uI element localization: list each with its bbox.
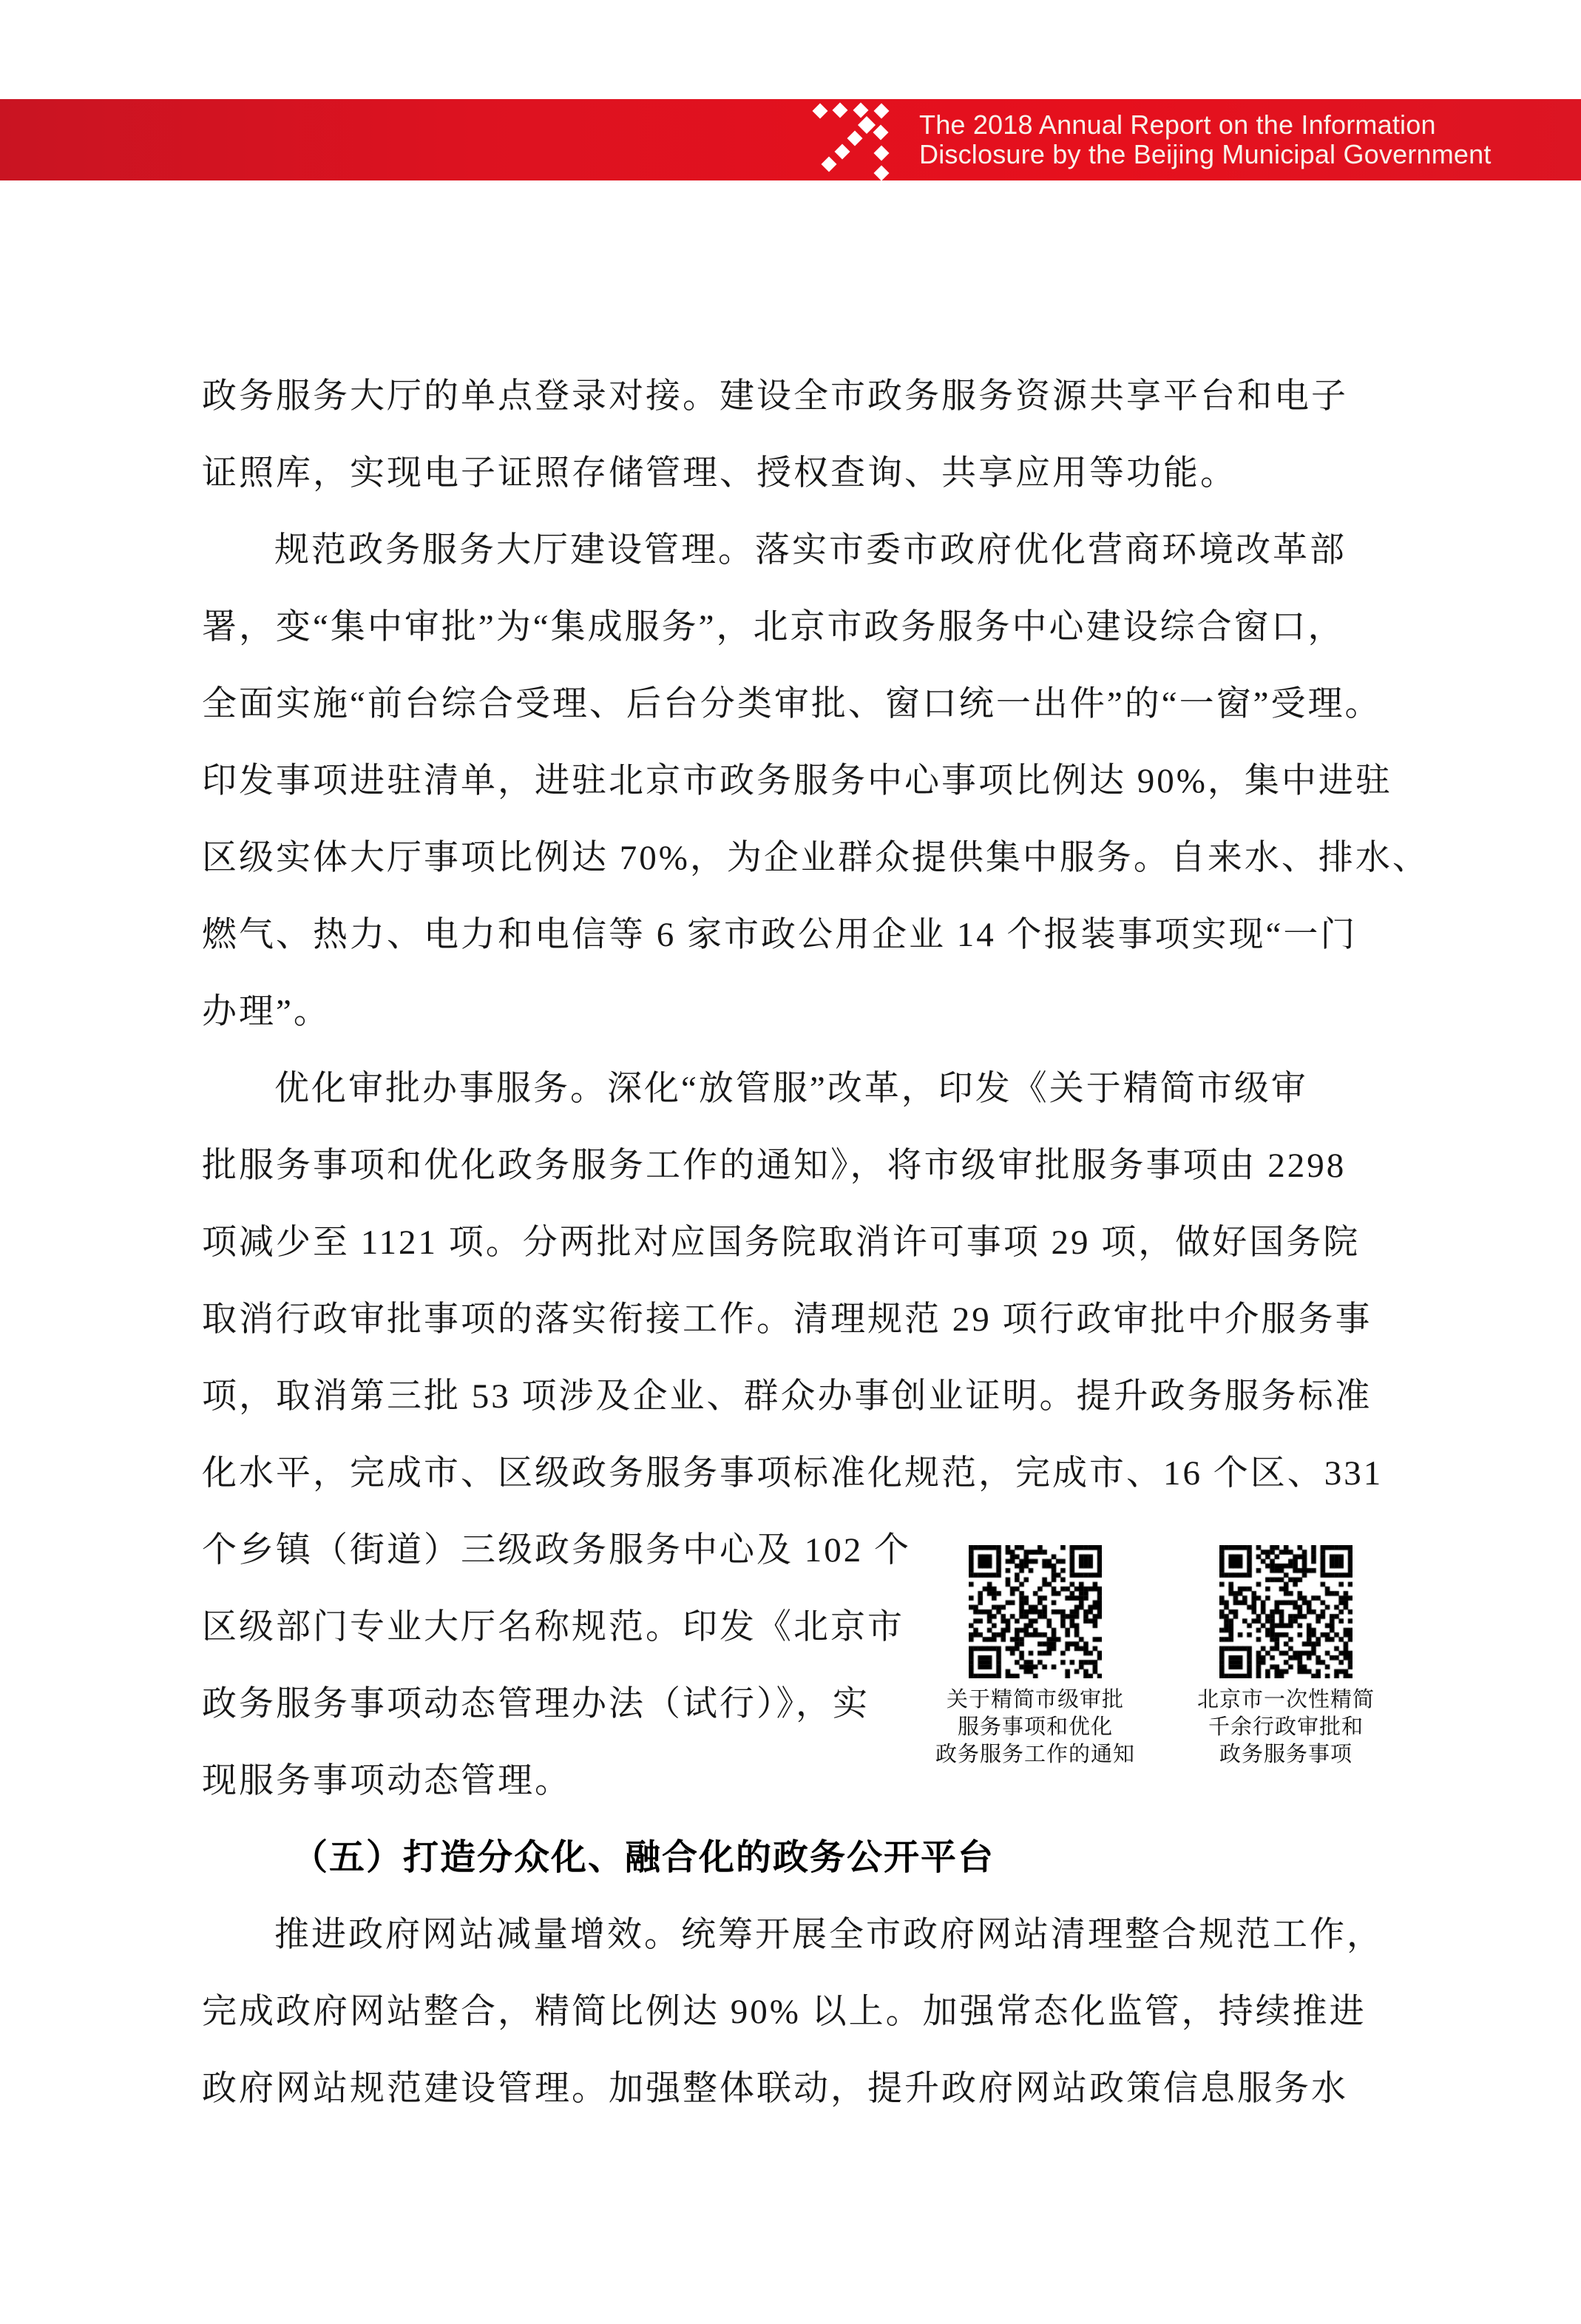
body-line: 政府网站规范建设管理。加强整体联动，提升政府网站政策信息服务水: [202, 2050, 1415, 2127]
body-line: 政务服务大厅的单点登录对接。建设全市政务服务资源共享平台和电子: [202, 358, 1415, 435]
body-line: 办理”。: [202, 973, 1415, 1050]
qr-caption-1: 关于精简市级审批 服务事项和优化 政务服务工作的通知: [924, 1686, 1146, 1769]
body-line: 推进政府网站减量增效。统筹开展全市政府网站清理整合规范工作，: [202, 1896, 1415, 1973]
document-body: 政务服务大厅的单点登录对接。建设全市政务服务资源共享平台和电子 证照库，实现电子…: [202, 358, 1415, 2127]
qr-code-1: [969, 1545, 1102, 1678]
banner-title: The 2018 Annual Report on the Informatio…: [919, 110, 1492, 169]
body-line: 全面实施“前台综合受理、后台分类审批、窗口统一出件”的“一窗”受理。: [202, 666, 1415, 743]
banner-title-line2: Disclosure by the Beijing Municipal Gove…: [919, 140, 1492, 169]
body-line: 燃气、热力、电力和电信等 6 家市政公用企业 14 个报装事项实现“一门: [202, 896, 1415, 973]
diamond-pattern-icon: [802, 103, 894, 186]
body-line: 署，变“集中审批”为“集成服务”，北京市政务服务中心建设综合窗口，: [202, 589, 1415, 666]
body-line: 优化审批办事服务。深化“放管服”改革，印发《关于精简市级审: [202, 1050, 1415, 1127]
body-line: 印发事项进驻清单，进驻北京市政务服务中心事项比例达 90%，集中进驻: [202, 743, 1415, 820]
banner-title-line1: The 2018 Annual Report on the Informatio…: [919, 110, 1492, 140]
body-line: 完成政府网站整合，精简比例达 90% 以上。加强常态化监管，持续推进: [202, 1973, 1415, 2050]
body-line: 批服务事项和优化政务服务工作的通知》，将市级审批服务事项由 2298: [202, 1127, 1415, 1204]
header-banner: The 2018 Annual Report on the Informatio…: [0, 99, 1581, 180]
section-heading: （五）打造分众化、融合化的政务公开平台: [202, 1820, 1415, 1896]
body-line: 区级实体大厅事项比例达 70%，为企业群众提供集中服务。自来水、排水、: [202, 820, 1415, 896]
body-line: 取消行政审批事项的落实衔接工作。清理规范 29 项行政审批中介服务事: [202, 1281, 1415, 1358]
body-line: 项，取消第三批 53 项涉及企业、群众办事创业证明。提升政务服务标准: [202, 1358, 1415, 1435]
body-line: 项减少至 1121 项。分两批对应国务院取消许可事项 29 项，做好国务院: [202, 1204, 1415, 1281]
qr-caption-2: 北京市一次性精简 千余行政审批和 政务服务事项: [1175, 1686, 1397, 1769]
document-page: The 2018 Annual Report on the Informatio…: [0, 0, 1581, 2324]
body-line: 证照库，实现电子证照存储管理、授权查询、共享应用等功能。: [202, 435, 1415, 512]
qr-code-2: [1219, 1545, 1353, 1678]
body-line: 规范政务服务大厅建设管理。落实市委市政府优化营商环境改革部: [202, 512, 1415, 589]
body-line: 化水平，完成市、区级政务服务事项标准化规范，完成市、16 个区、331: [202, 1435, 1415, 1512]
